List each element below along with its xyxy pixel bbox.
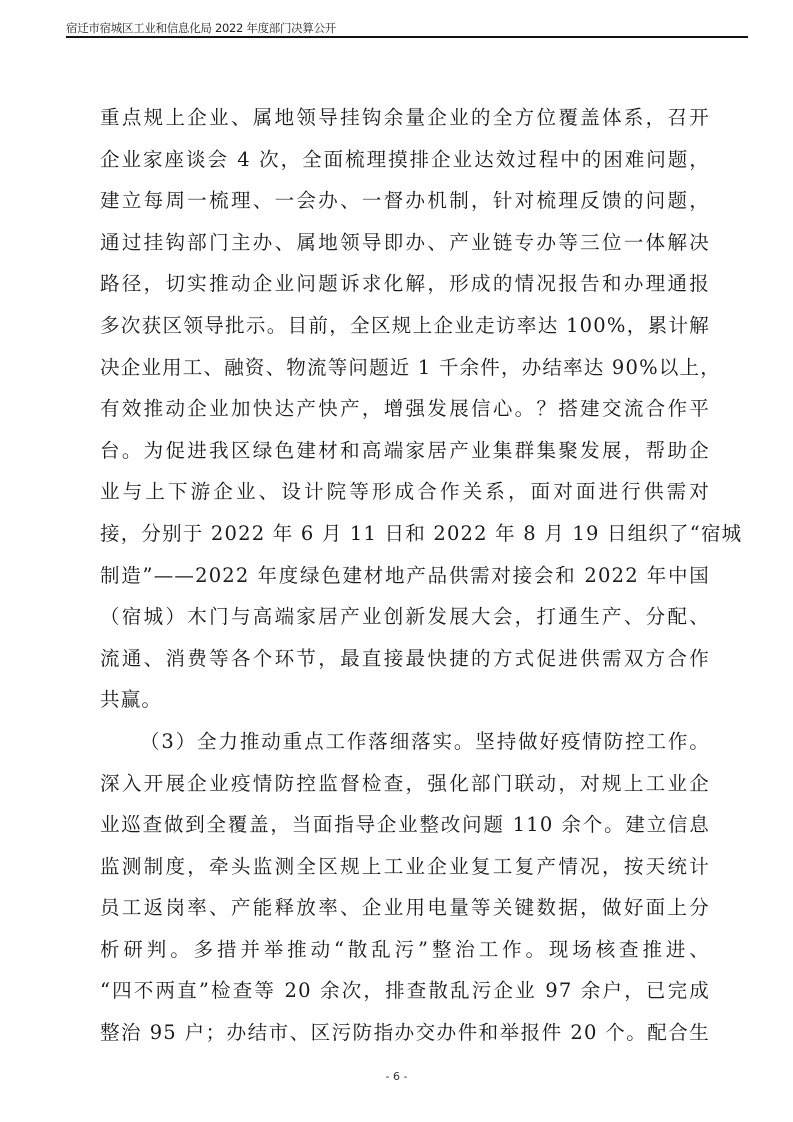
- text-line: 业与上下游企业、设计院等形成合作关系，面对面进行供需对: [100, 471, 710, 513]
- paragraph-2: （3）全力推动重点工作落细落实。坚持做好疫情防控工作。 深入开展企业疫情防控监督…: [100, 721, 710, 1054]
- text-line: 共赢。: [100, 679, 710, 721]
- text-line: 决企业用工、融资、物流等问题近 1 千余件，办结率达 90%以上，: [100, 347, 710, 389]
- text-line: 流通、消费等各个环节，最直接最快捷的方式促进供需双方合作: [100, 638, 710, 680]
- page-number: - 6 -: [0, 1070, 793, 1083]
- text-line: 多次获区领导批示。目前，全区规上企业走访率达 100%，累计解: [100, 305, 710, 347]
- text-line: 员工返岗率、产能释放率、企业用电量等关键数据，做好面上分: [100, 887, 710, 929]
- text-line: 重点规上企业、属地领导挂钩余量企业的全方位覆盖体系，召开: [100, 97, 710, 139]
- section-heading-line: （3）全力推动重点工作落细落实。坚持做好疫情防控工作。: [100, 721, 710, 763]
- header-divider: [66, 36, 748, 38]
- text-line: 通过挂钩部门主办、属地领导即办、产业链专办等三位一体解决: [100, 222, 710, 264]
- text-line: 整治 95 户；办结市、区污防指办交办件和举报件 20 个。配合生: [100, 1012, 710, 1054]
- text-line: 析研判。多措并举推动“散乱污”整治工作。现场核查推进、: [100, 929, 710, 971]
- document-body: 重点规上企业、属地领导挂钩余量企业的全方位覆盖体系，召开 企业家座谈会 4 次，…: [100, 97, 710, 1054]
- paragraph-1: 重点规上企业、属地领导挂钩余量企业的全方位覆盖体系，召开 企业家座谈会 4 次，…: [100, 97, 710, 721]
- text-line: 企业家座谈会 4 次，全面梳理摸排企业达效过程中的困难问题，: [100, 139, 710, 181]
- text-line: 路径，切实推动企业问题诉求化解，形成的情况报告和办理通报: [100, 263, 710, 305]
- text-line: 制造”——2022 年度绿色建材地产品供需对接会和 2022 年中国: [100, 555, 710, 597]
- text-line: 监测制度，牵头监测全区规上工业企业复工复产情况，按天统计: [100, 846, 710, 888]
- text-line: 台。为促进我区绿色建材和高端家居产业集群集聚发展，帮助企: [100, 430, 710, 472]
- text-line: 有效推动企业加快达产快产，增强发展信心。？搭建交流合作平: [100, 388, 710, 430]
- text-line: 业巡查做到全覆盖，当面指导企业整改问题 110 余个。建立信息: [100, 804, 710, 846]
- text-line: “四不两直”检查等 20 余次，排查散乱污企业 97 余户，已完成: [100, 970, 710, 1012]
- text-line: 接，分别于 2022 年 6 月 11 日和 2022 年 8 月 19 日组织…: [100, 513, 710, 555]
- text-line: 建立每周一梳理、一会办、一督办机制，针对梳理反馈的问题，: [100, 180, 710, 222]
- text-line: （宿城）木门与高端家居产业创新发展大会，打通生产、分配、: [100, 596, 710, 638]
- header-title: 宿迁市宿城区工业和信息化局 2022 年度部门决算公开: [66, 21, 336, 35]
- text-line: 深入开展企业疫情防控监督检查，强化部门联动，对规上工业企: [100, 763, 710, 805]
- page-header: 宿迁市宿城区工业和信息化局 2022 年度部门决算公开: [66, 21, 748, 37]
